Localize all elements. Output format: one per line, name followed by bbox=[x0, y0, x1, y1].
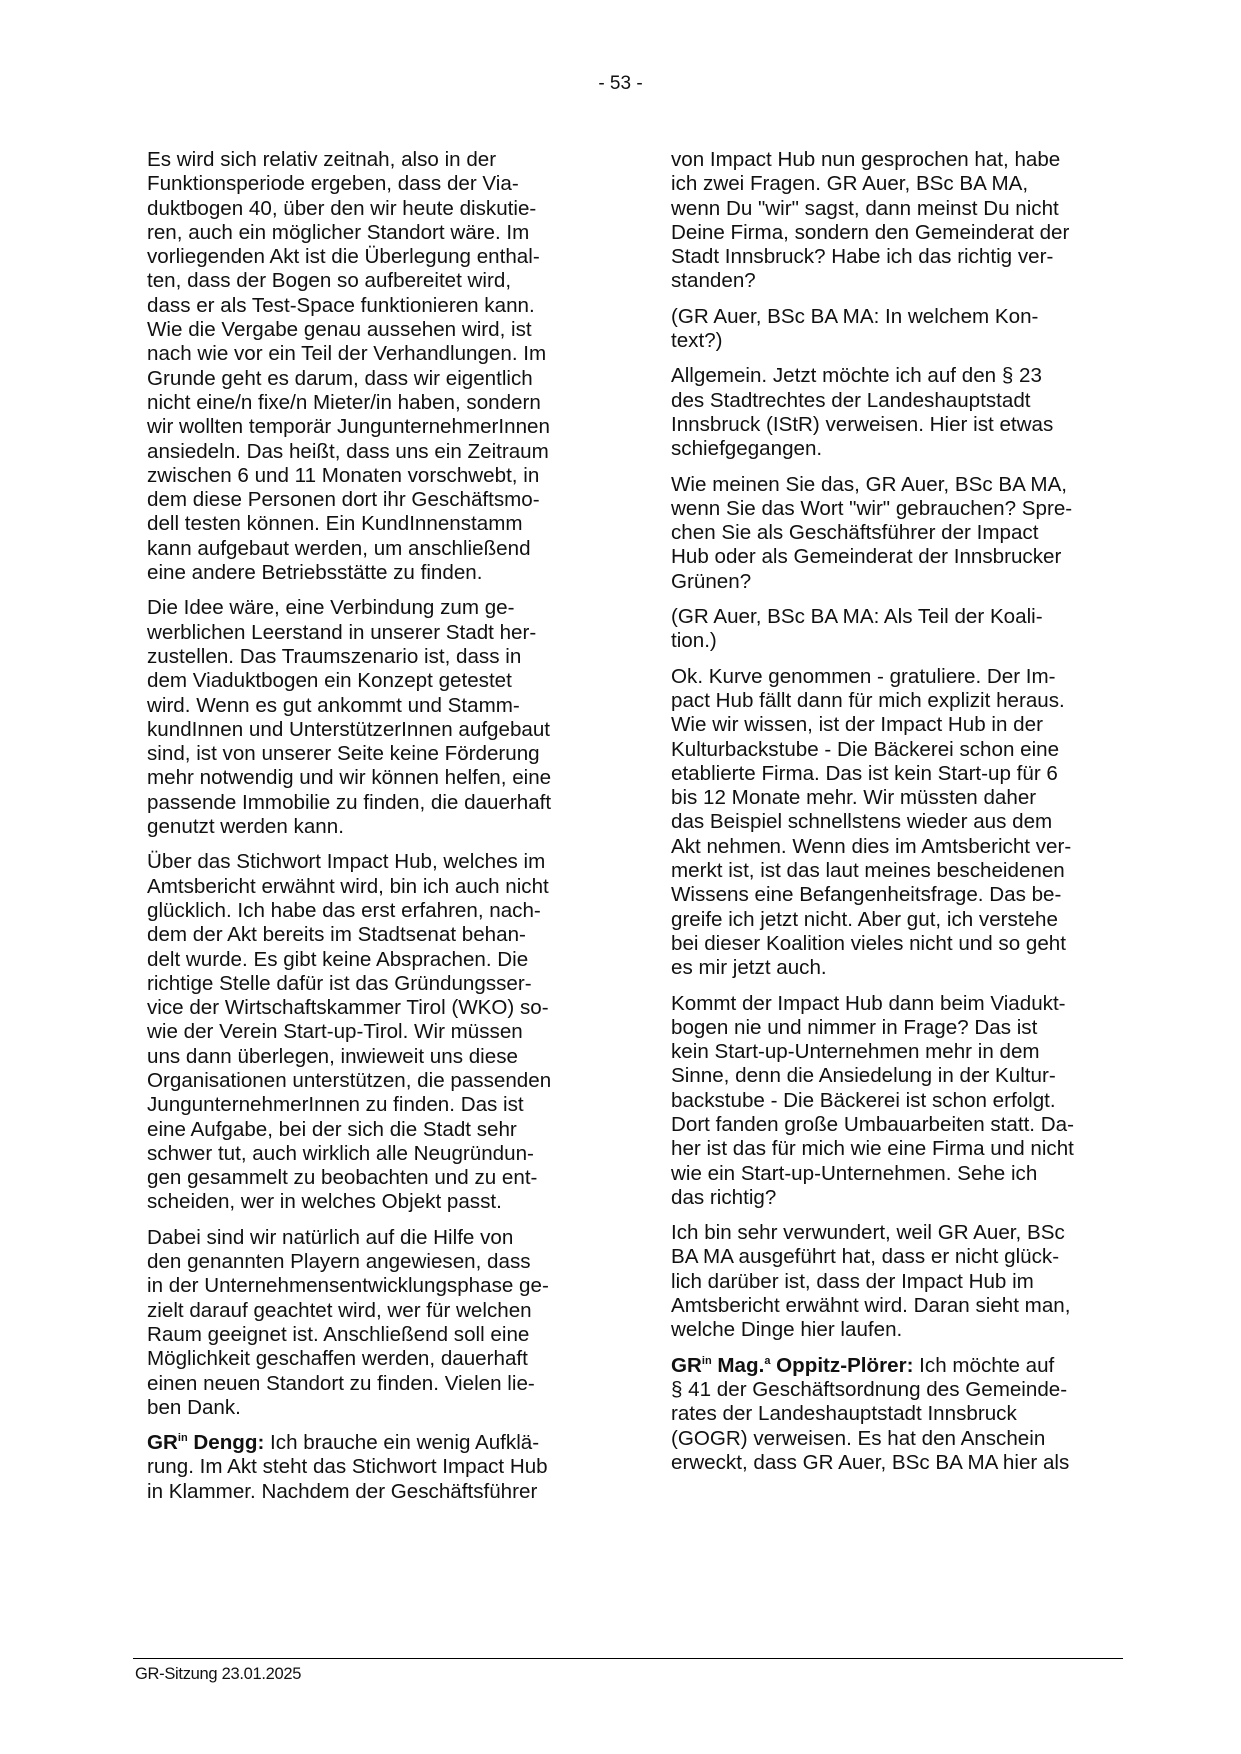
speaker-sup: in bbox=[178, 1432, 188, 1444]
paragraph: Allgemein. Jetzt möchte ich auf den § 23… bbox=[671, 364, 1131, 461]
speaker-surname: Dengg: bbox=[188, 1431, 265, 1454]
speaker-name: GRin Mag.a Oppitz-Plörer: bbox=[671, 1354, 913, 1377]
paragraph: Ok. Kurve genommen - gratuliere. Der Im-… bbox=[671, 665, 1131, 981]
paragraph: Ich bin sehr verwundert, weil GR Auer, B… bbox=[671, 1221, 1131, 1342]
right-column: von Impact Hub nun gesprochen hat, habe … bbox=[671, 148, 1131, 1486]
speaker-prefix: GR bbox=[671, 1354, 702, 1377]
speaker-surname: Oppitz-Plörer: bbox=[770, 1354, 913, 1377]
speaker-sup: in bbox=[702, 1355, 712, 1367]
paragraph: Wie meinen Sie das, GR Auer, BSc BA MA, … bbox=[671, 473, 1131, 594]
page-number: - 53 - bbox=[0, 73, 1241, 95]
paragraph: Es wird sich relativ zeitnah, also in de… bbox=[147, 148, 609, 585]
speech-paragraph: GRin Dengg: Ich brauche ein wenig Aufklä… bbox=[147, 1431, 609, 1504]
footer-text: GR-Sitzung 23.01.2025 bbox=[135, 1665, 301, 1684]
speaker-name: GRin Dengg: bbox=[147, 1431, 264, 1454]
footer-divider bbox=[133, 1658, 1123, 1659]
paragraph: Dabei sind wir natürlich auf die Hilfe v… bbox=[147, 1226, 609, 1420]
interjection: (GR Auer, BSc BA MA: Als Teil der Koali-… bbox=[671, 605, 1131, 654]
paragraph: von Impact Hub nun gesprochen hat, habe … bbox=[671, 148, 1131, 294]
left-column: Es wird sich relativ zeitnah, also in de… bbox=[147, 148, 609, 1515]
paragraph: Die Idee wäre, eine Verbindung zum ge- w… bbox=[147, 596, 609, 839]
speaker-prefix: GR bbox=[147, 1431, 178, 1454]
paragraph: Kommt der Impact Hub dann beim Viadukt- … bbox=[671, 992, 1131, 1211]
paragraph: Über das Stichwort Impact Hub, welches i… bbox=[147, 850, 609, 1214]
interjection: (GR Auer, BSc BA MA: In welchem Kon- tex… bbox=[671, 305, 1131, 354]
speaker-title: Mag. bbox=[712, 1354, 765, 1377]
speech-paragraph: GRin Mag.a Oppitz-Plörer: Ich möchte auf… bbox=[671, 1354, 1131, 1475]
